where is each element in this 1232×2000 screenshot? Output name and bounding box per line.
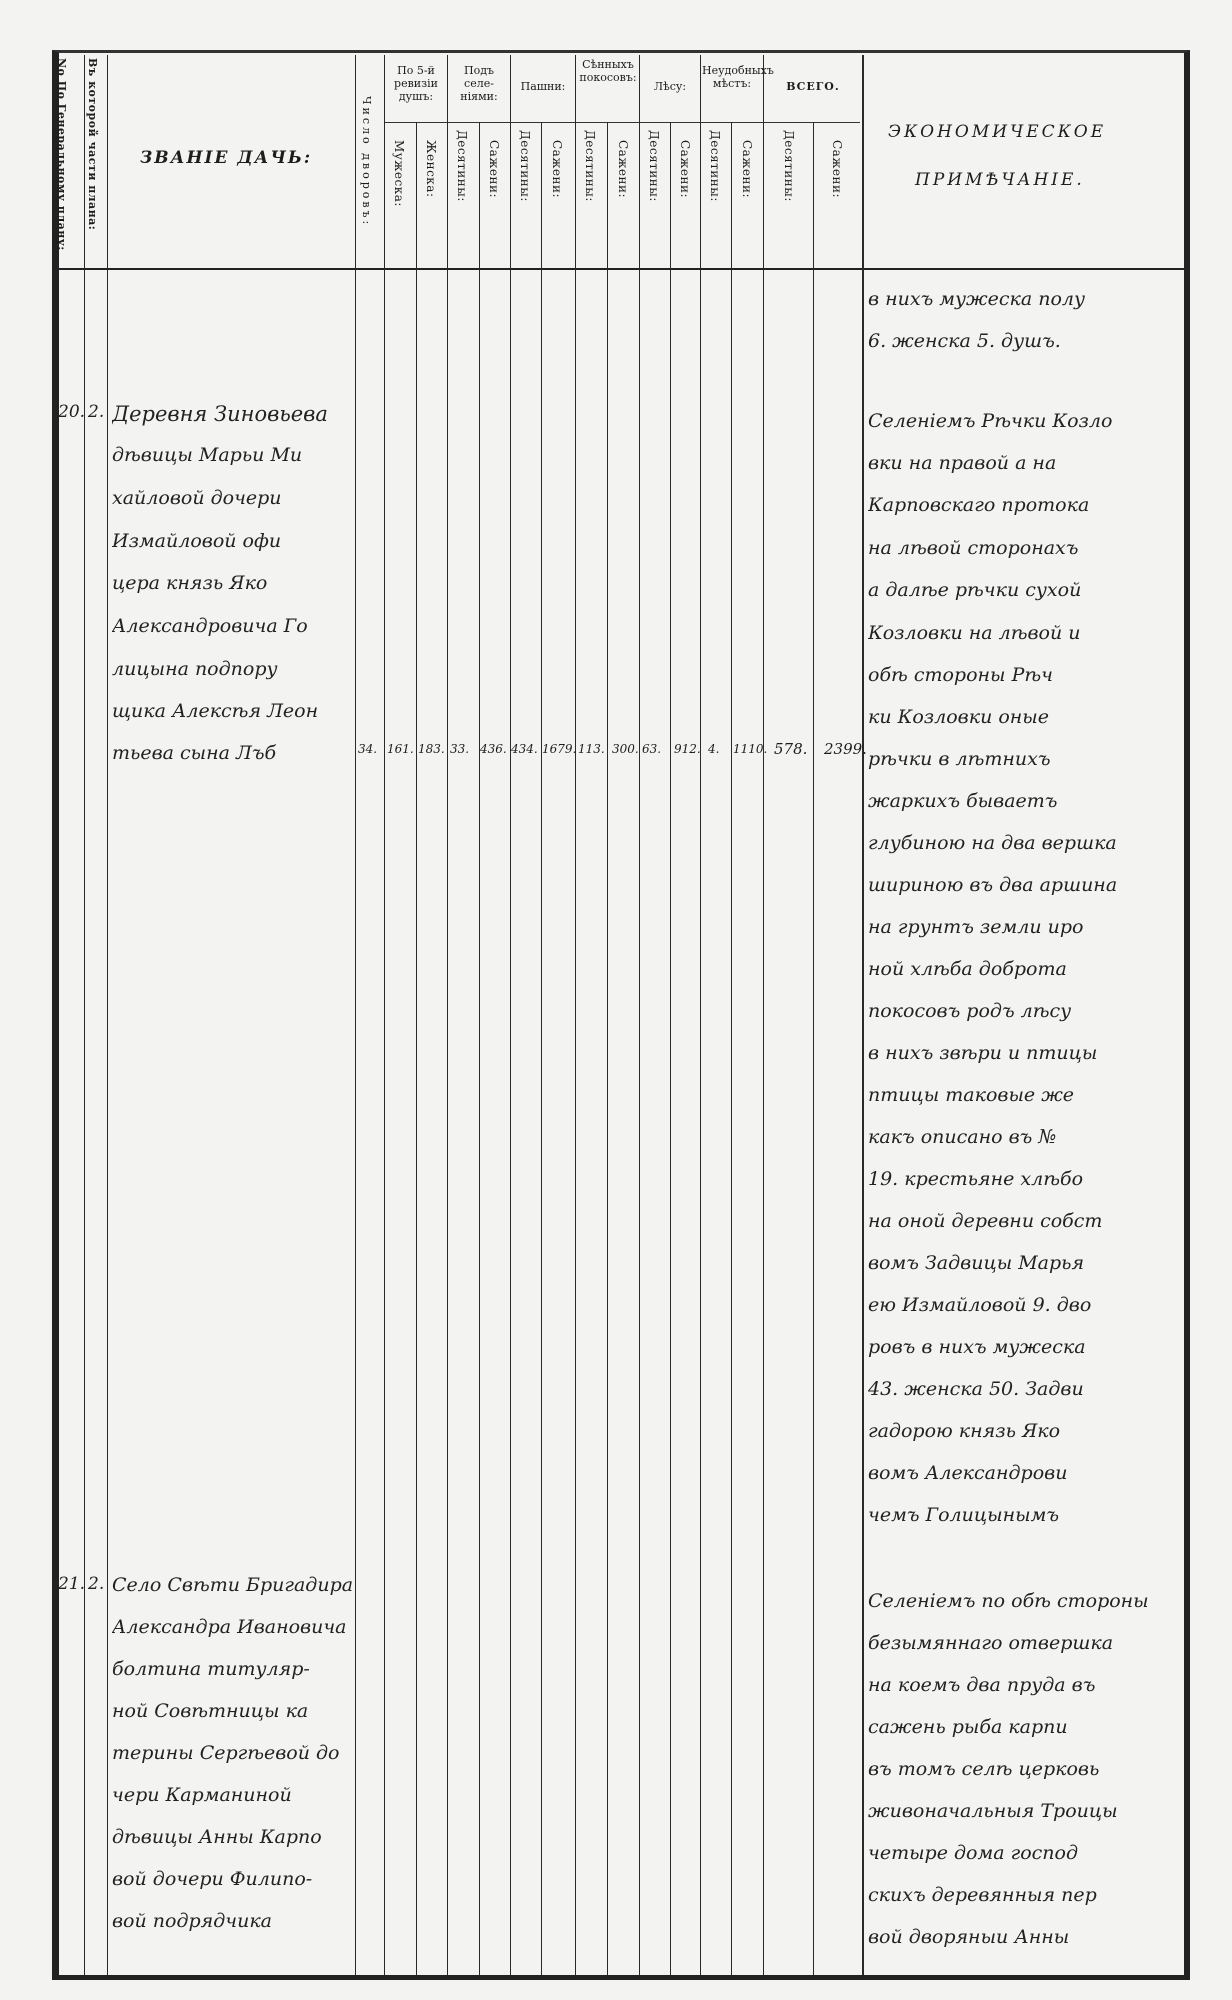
subcol-divider xyxy=(731,122,732,1975)
sub-desyatiny: Десятины: xyxy=(708,130,722,202)
forest-desyatiny: 63. xyxy=(642,742,661,756)
remark-line: вомъ Александрови xyxy=(868,1462,1186,1484)
subcol-divider xyxy=(670,122,671,1975)
col-divider xyxy=(639,55,640,1975)
remark-line: на коемъ два пруда въ xyxy=(868,1674,1186,1696)
sub-female: Женска: xyxy=(424,140,438,198)
subcol-divider xyxy=(416,122,417,1975)
female-value: 183. xyxy=(418,742,445,756)
name-line: щика Алексѣя Леон xyxy=(112,700,352,722)
remark-line: безымяннаго отвершка xyxy=(868,1632,1186,1654)
remark-line: а далѣе рѣчки сухой xyxy=(868,579,1186,601)
remark-line: ею Измайловой 9. дво xyxy=(868,1294,1186,1316)
col-divider xyxy=(447,55,448,1975)
remark-line: вки на правой а на xyxy=(868,452,1186,474)
row-plan-no: 21. xyxy=(58,1574,85,1594)
arable-sazheni: 1679. xyxy=(542,742,576,756)
remark-line: скихъ деревянныя пер xyxy=(868,1884,1186,1906)
sub-desyatiny: Десятины: xyxy=(518,130,532,202)
remark-line: ровъ в нихъ мужеска xyxy=(868,1336,1186,1358)
sub-sazheni: Сажени: xyxy=(487,140,501,198)
sub-desyatiny: Десятины: xyxy=(583,130,597,202)
header-revision: По 5-й ревизіи душъ: xyxy=(387,64,445,103)
remark-line: в нихъ мужеска полу xyxy=(868,288,1186,310)
remark-line: Карповскаго протока xyxy=(868,494,1186,516)
header-households: Число дворовъ: xyxy=(360,96,373,266)
col-divider xyxy=(575,55,576,1975)
header-hayfields: Сѣнныхъ покосовъ: xyxy=(578,58,638,84)
sub-desyatiny: Десятины: xyxy=(647,130,661,202)
header-name-title: ЗВАНІЕ ДАЧЬ: xyxy=(140,148,312,168)
hayfields-sazheni: 300. xyxy=(612,742,639,756)
col-divider xyxy=(84,55,85,1975)
name-line: ной Совѣтницы ка xyxy=(112,1700,352,1722)
sub-sazheni: Сажени: xyxy=(830,140,844,198)
subcol-divider xyxy=(813,122,814,1975)
header-unusable: Неудобныхъ мѣстъ: xyxy=(702,64,762,90)
subcol-divider xyxy=(607,122,608,1975)
name-line: лицына подпору xyxy=(112,658,352,680)
remark-line: какъ описано въ № xyxy=(868,1126,1186,1148)
subcol-divider xyxy=(479,122,480,1975)
sub-male: Мужеска: xyxy=(392,140,406,207)
sub-sazheni: Сажени: xyxy=(616,140,630,198)
col-divider xyxy=(862,55,864,1975)
header-general-plan: No По Генеральному плану: xyxy=(55,58,68,264)
name-line: терины Сергѣевой до xyxy=(112,1742,352,1764)
remark-line: в нихъ звѣри и птицы xyxy=(868,1042,1186,1064)
name-line: вой подрядчика xyxy=(112,1910,352,1932)
remark-line: ки Козловки оные xyxy=(868,706,1186,728)
header-remarks-1: ЭКОНОМИЧЕСКОЕ xyxy=(888,122,1106,142)
remark-line: 19. крестьяне хлѣбо xyxy=(868,1168,1186,1190)
name-line: цера князь Яко xyxy=(112,572,352,594)
remark-line: въ томъ селѣ церковь xyxy=(868,1758,1186,1780)
remark-line: Селеніемъ Рѣчки Козло xyxy=(868,410,1186,432)
row-plan-part: 2. xyxy=(88,1574,104,1594)
name-line: тьева сына Лъб xyxy=(112,742,352,764)
subcol-divider xyxy=(541,122,542,1975)
header-settlements: Подъ селе-ніями: xyxy=(450,64,508,103)
hayfields-desyatiny: 113. xyxy=(578,742,605,756)
remark-line: на оной деревни собст xyxy=(868,1210,1186,1232)
male-value: 161. xyxy=(387,742,414,756)
remark-line: чемъ Голицынымъ xyxy=(868,1504,1186,1526)
remark-line: четыре дома господ xyxy=(868,1842,1186,1864)
sub-sazheni: Сажени: xyxy=(740,140,754,198)
total-desyatiny: 578. xyxy=(774,740,807,758)
name-line: хайловой дочери xyxy=(112,487,352,509)
remark-line: Селеніемъ по обѣ стороны xyxy=(868,1590,1186,1612)
unusable-desyatiny: 4. xyxy=(708,742,719,756)
col-divider xyxy=(510,55,511,1975)
remark-line: 6. женска 5. душъ. xyxy=(868,330,1186,352)
remark-line: обѣ стороны Рѣч xyxy=(868,664,1186,686)
col-divider xyxy=(355,55,356,1975)
row-plan-part: 2. xyxy=(88,402,104,422)
name-line: Село Свѣти Бригадира xyxy=(112,1574,352,1596)
remark-line: птицы таковые же xyxy=(868,1084,1186,1106)
header-remarks-2: ПРИМѢЧАНІЕ. xyxy=(915,170,1085,190)
remark-line: живоначальныя Троицы xyxy=(868,1800,1186,1822)
arable-desyatiny: 434. xyxy=(511,742,538,756)
total-sazheni: 2399. xyxy=(824,740,867,758)
remark-line: ной хлѣба доброта xyxy=(868,958,1186,980)
name-line: чери Карманиной xyxy=(112,1784,352,1806)
forest-sazheni: 912. xyxy=(674,742,701,756)
sub-desyatiny: Десятины: xyxy=(455,130,469,202)
row-plan-no: 20. xyxy=(58,402,85,422)
header-total: ВСЕГО. xyxy=(765,80,861,93)
col-divider xyxy=(107,55,108,1975)
name-line: Александра Ивановича xyxy=(112,1616,352,1638)
remark-line: на лѣвой сторонахъ xyxy=(868,537,1186,559)
header-bottom-rule xyxy=(58,268,1184,270)
remark-line: Козловки на лѣвой и xyxy=(868,622,1186,644)
remark-line: сажень рыба карпи xyxy=(868,1716,1186,1738)
remark-line: глубиною на два вершка xyxy=(868,832,1186,854)
settlements-desyatiny: 33. xyxy=(450,742,469,756)
name-line: болтина титуляр- xyxy=(112,1658,352,1680)
col-divider xyxy=(700,55,701,1975)
remark-line: вомъ Задвицы Марья xyxy=(868,1252,1186,1274)
remark-line: вой дворяныи Анны xyxy=(868,1926,1186,1948)
name-line: вой дочери Филипо- xyxy=(112,1868,352,1890)
sub-sazheni: Сажени: xyxy=(678,140,692,198)
settlements-sazheni: 436. xyxy=(480,742,507,756)
col-divider xyxy=(763,55,764,1975)
sub-desyatiny: Десятины: xyxy=(782,130,796,202)
subheader-rule xyxy=(384,122,860,123)
name-line: Измайловой офи xyxy=(112,530,352,552)
header-plan-part: Въ которой части плана: xyxy=(86,58,99,264)
remark-line: рѣчки в лѣтнихъ xyxy=(868,748,1186,770)
unusable-sazheni: 1110. xyxy=(733,742,767,756)
remark-line: покосовъ родъ лѣсу xyxy=(868,1000,1186,1022)
col-divider xyxy=(384,55,385,1975)
header-forest: Лѣсу: xyxy=(641,80,699,93)
name-line: Деревня Зиновьева xyxy=(112,402,352,426)
name-line: дѣвицы Анны Карпо xyxy=(112,1826,352,1848)
remark-line: на грунтъ земли иро xyxy=(868,916,1186,938)
name-line: дѣвицы Марьи Ми xyxy=(112,444,352,466)
sub-sazheni: Сажени: xyxy=(550,140,564,198)
name-line: Александровича Го xyxy=(112,615,352,637)
header-arable: Пашни: xyxy=(512,80,574,93)
remark-line: 43. женска 50. Задви xyxy=(868,1378,1186,1400)
remark-line: гадорою князь Яко xyxy=(868,1420,1186,1442)
remark-line: шириною въ два аршина xyxy=(868,874,1186,896)
remark-line: жаркихъ бываетъ xyxy=(868,790,1186,812)
households-value: 34. xyxy=(358,742,377,756)
